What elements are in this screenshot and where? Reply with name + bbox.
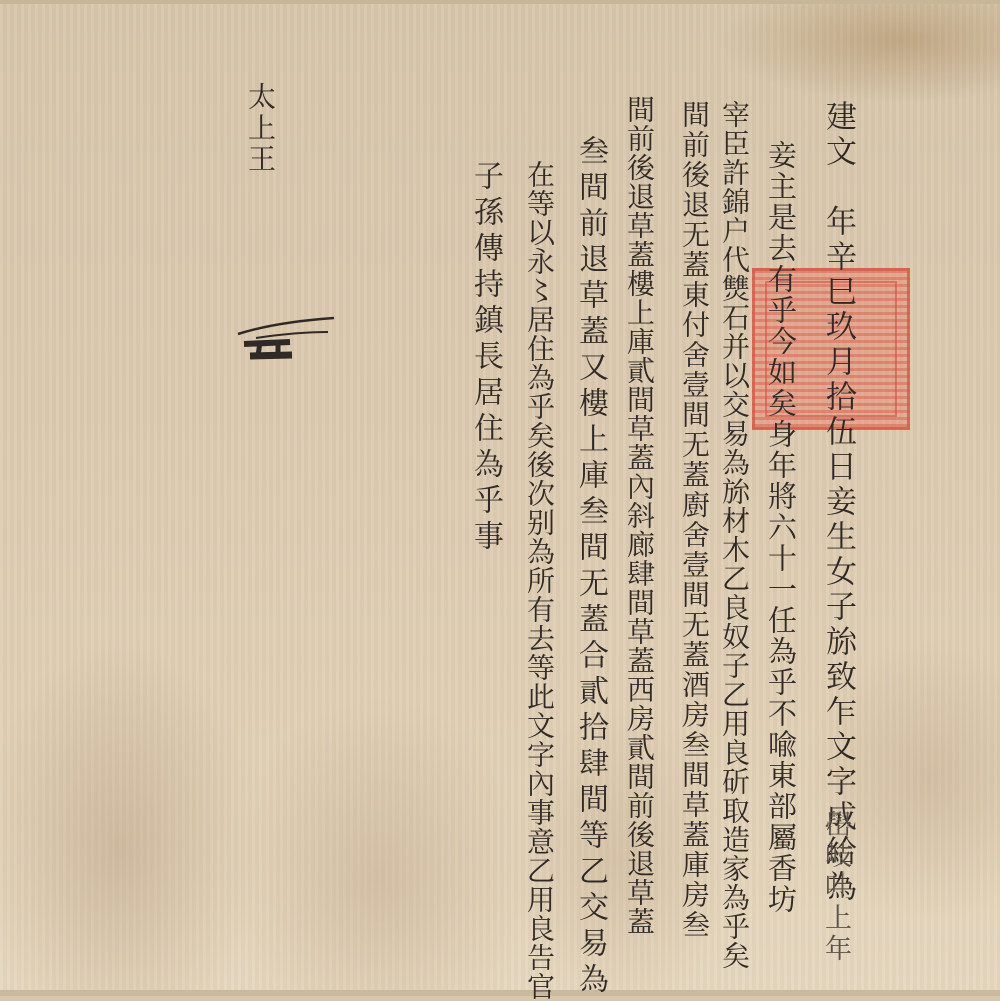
text-column-4: 間前後退无蓋東付舍壹間无蓋廚舍壹間无蓋酒房叁間草蓋庫房叁	[680, 100, 708, 940]
text-column-2: 妾主是去有乎今如矣身年將六十一任為乎不喩東部屬香坊	[766, 140, 795, 915]
paper-bottom-edge	[0, 990, 1000, 996]
text-column-1: 建文 年辛巳玖月拾伍日妾生女子旀致乍文字成給為	[822, 100, 853, 905]
text-column-3: 宰臣許錦户代㸈石并以交易為旀材木乙良奴子乙用良斫取造家為乎矣	[720, 100, 748, 970]
paper-top-edge	[0, 0, 1000, 4]
text-column-7: 在等以永〻居住為乎矣後次别為所有去等此文字內事意乙用良告官	[525, 160, 553, 996]
text-column-1b: 嶨岐叶上年	[822, 810, 849, 965]
text-column-5: 間前後退草蓋樓上庫貳間草蓋內斜廊肆間草蓋西房貳間前後退草蓋	[625, 95, 653, 936]
signature-mark	[236, 312, 336, 362]
text-column-6: 叁間前退草蓋又樓上庫叁間无蓋合貳拾肆間等乙交易為	[575, 135, 605, 996]
addressee: 太上王	[246, 82, 274, 175]
text-column-8: 子孫傳持鎮長居住為乎事	[470, 160, 500, 556]
